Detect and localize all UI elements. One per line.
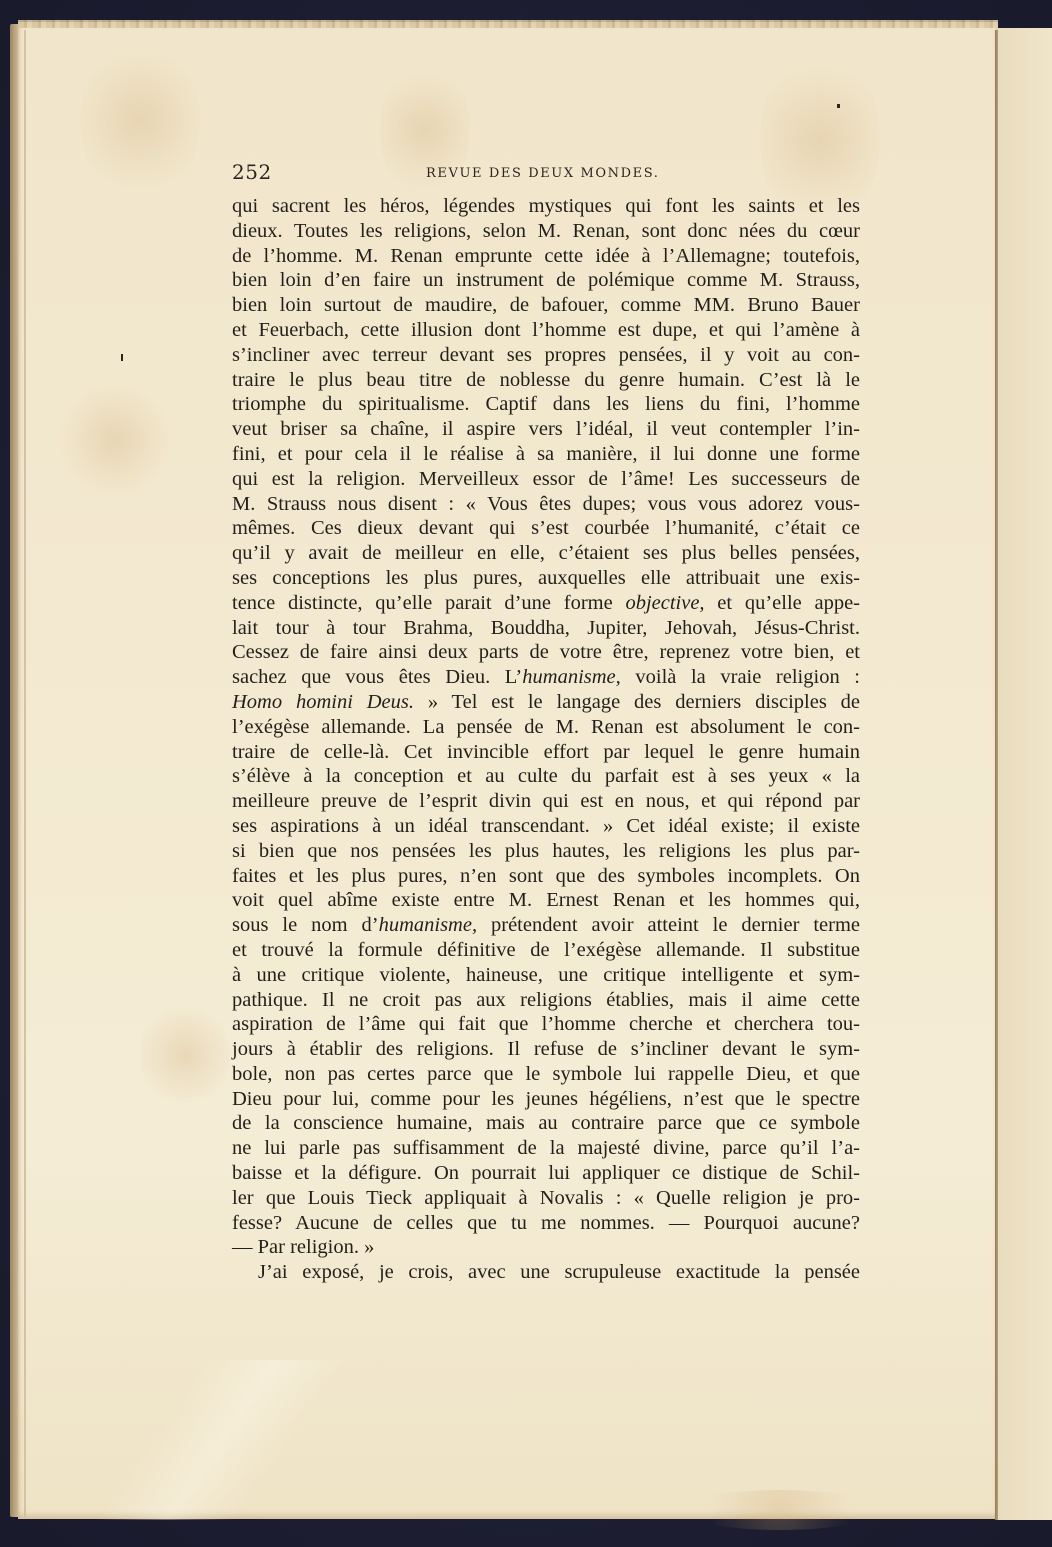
text-line: sous le nom d’humanisme, prétendent avoi… bbox=[232, 913, 860, 938]
text-segment: traire le plus beau titre de noblesse du… bbox=[232, 369, 860, 391]
page-top-edge bbox=[18, 20, 998, 28]
text-segment: et Feuerbach, cette illusion dont l’homm… bbox=[232, 319, 860, 341]
text-line: qu’il y avait de meilleur en elle, c’éta… bbox=[232, 541, 860, 566]
text-line: voit quel abîme existe entre M. Ernest R… bbox=[232, 888, 860, 913]
text-segment: si bien que nos pensées les plus hautes,… bbox=[232, 840, 860, 862]
italic-text: Homo homini Deus. bbox=[232, 691, 414, 713]
text-segment: à une critique violente, haineuse, une c… bbox=[232, 964, 860, 986]
text-segment: M. Strauss nous disent : « Vous êtes dup… bbox=[232, 493, 860, 515]
text-segment: jours à établir des religions. Il refuse… bbox=[232, 1038, 860, 1060]
text-line: mêmes. Ces dieux devant qui s’est courbé… bbox=[232, 516, 860, 541]
paper-stain bbox=[680, 1490, 880, 1530]
text-line: tence distincte, qu’elle parait d’une fo… bbox=[232, 591, 860, 616]
text-line: J’ai exposé, je crois, avec une scrupule… bbox=[232, 1260, 860, 1285]
text-line: ses aspirations à un idéal transcendant.… bbox=[232, 814, 860, 839]
text-segment: triomphe du spiritualisme. Captif dans l… bbox=[232, 393, 860, 415]
text-segment: Cessez de faire ainsi deux parts de votr… bbox=[232, 641, 860, 663]
running-title: REVUE DES DEUX MONDES. bbox=[426, 166, 659, 181]
text-segment: qu’il y avait de meilleur en elle, c’éta… bbox=[232, 542, 860, 564]
text-line: lait tour à tour Brahma, Bouddha, Jupite… bbox=[232, 616, 860, 641]
text-segment: et trouvé la formule définitive de l’exé… bbox=[232, 939, 860, 961]
text-line: fesse? Aucune de celles que tu me nommes… bbox=[232, 1211, 860, 1236]
text-segment: J’ai exposé, je crois, avec une scrupule… bbox=[258, 1261, 860, 1283]
text-segment: traire de celle-là. Cet invincible effor… bbox=[232, 741, 860, 763]
italic-text: humanisme, bbox=[379, 914, 478, 936]
page-header: 252 REVUE DES DEUX MONDES. bbox=[230, 160, 870, 190]
text-line: Dieu pour lui, comme pour les jeunes hég… bbox=[232, 1087, 860, 1112]
text-segment: sachez que vous êtes Dieu. L’ bbox=[232, 666, 522, 688]
text-line: bien loin d’en faire un instrument de po… bbox=[232, 268, 860, 293]
text-line: aspiration de l’âme qui fait que l’homme… bbox=[232, 1012, 860, 1037]
text-segment: ses aspirations à un idéal transcendant.… bbox=[232, 815, 860, 837]
text-segment: dieux. Toutes les religions, selon M. Re… bbox=[232, 220, 860, 242]
text-line: veut briser sa chaîne, il aspire vers l’… bbox=[232, 417, 860, 442]
text-line: meilleure preuve de l’esprit divin qui e… bbox=[232, 789, 860, 814]
text-line: baisse et la défigure. On pourrait lui a… bbox=[232, 1161, 860, 1186]
text-segment: mêmes. Ces dieux devant qui s’est courbé… bbox=[232, 517, 860, 539]
text-segment: ses conceptions les plus pures, auxquell… bbox=[232, 567, 860, 589]
text-segment: et qu’elle appe- bbox=[705, 592, 860, 614]
text-segment: bien loin d’en faire un instrument de po… bbox=[232, 269, 860, 291]
text-line: fini, et pour cela il le réalise à sa ma… bbox=[232, 442, 860, 467]
paper-stain bbox=[80, 40, 200, 200]
text-segment: prétendent avoir atteint le dernier term… bbox=[477, 914, 860, 936]
paper-stain bbox=[140, 1000, 230, 1110]
text-line: dieux. Toutes les religions, selon M. Re… bbox=[232, 219, 860, 244]
text-segment: meilleure preuve de l’esprit divin qui e… bbox=[232, 790, 860, 812]
text-segment: de la conscience humaine, mais au contra… bbox=[232, 1112, 860, 1134]
text-segment: fini, et pour cela il le réalise à sa ma… bbox=[232, 443, 860, 465]
text-line: faites et les plus pures, n’en sont que … bbox=[232, 864, 860, 889]
margin-mark bbox=[837, 104, 840, 108]
text-segment: bien loin surtout de maudire, de bafouer… bbox=[232, 294, 860, 316]
text-segment: qui est la religion. Merveilleux essor d… bbox=[232, 468, 860, 490]
text-segment: Dieu pour lui, comme pour les jeunes hég… bbox=[232, 1088, 860, 1110]
text-line: de l’homme. M. Renan emprunte cette idée… bbox=[232, 244, 860, 269]
text-segment: — Par religion. » bbox=[232, 1236, 374, 1258]
text-segment: pathique. Il ne croit pas aux religions … bbox=[232, 989, 860, 1011]
text-segment: aspiration de l’âme qui fait que l’homme… bbox=[232, 1013, 860, 1035]
text-line: M. Strauss nous disent : « Vous êtes dup… bbox=[232, 492, 860, 517]
page-fold bbox=[18, 1360, 378, 1520]
page-inner-line bbox=[24, 30, 26, 1518]
body-text: qui sacrent les héros, légendes mystique… bbox=[232, 194, 860, 1285]
text-segment: voilà la vraie religion : bbox=[621, 666, 860, 688]
text-line: ler que Louis Tieck appliquait à Novalis… bbox=[232, 1186, 860, 1211]
text-segment: voit quel abîme existe entre M. Ernest R… bbox=[232, 889, 860, 911]
text-segment: l’exégèse allemande. La pensée de M. Ren… bbox=[232, 716, 860, 738]
italic-text: humanisme, bbox=[522, 666, 621, 688]
text-line: de la conscience humaine, mais au contra… bbox=[232, 1111, 860, 1136]
text-line: l’exégèse allemande. La pensée de M. Ren… bbox=[232, 715, 860, 740]
text-line: traire de celle-là. Cet invincible effor… bbox=[232, 740, 860, 765]
paper-stain bbox=[60, 380, 170, 500]
text-line: traire le plus beau titre de noblesse du… bbox=[232, 368, 860, 393]
text-segment: tence distincte, qu’elle parait d’une fo… bbox=[232, 592, 625, 614]
text-segment: sous le nom d’ bbox=[232, 914, 379, 936]
text-segment: bole, non pas certes parce que le symbol… bbox=[232, 1063, 860, 1085]
text-line: et trouvé la formule définitive de l’exé… bbox=[232, 938, 860, 963]
text-line: si bien que nos pensées les plus hautes,… bbox=[232, 839, 860, 864]
text-segment: » Tel est le langage des derniers discip… bbox=[414, 691, 860, 713]
text-segment: ne lui parle pas suffisamment de la maje… bbox=[232, 1137, 860, 1159]
text-line: s’incliner avec terreur devant ses propr… bbox=[232, 343, 860, 368]
text-line: et Feuerbach, cette illusion dont l’homm… bbox=[232, 318, 860, 343]
text-segment: lait tour à tour Brahma, Bouddha, Jupite… bbox=[232, 617, 860, 639]
text-segment: s’élève à la conception et au culte du p… bbox=[232, 765, 860, 787]
text-line: triomphe du spiritualisme. Captif dans l… bbox=[232, 392, 860, 417]
text-line: — Par religion. » bbox=[232, 1235, 860, 1260]
text-line: qui sacrent les héros, légendes mystique… bbox=[232, 194, 860, 219]
text-segment: veut briser sa chaîne, il aspire vers l’… bbox=[232, 418, 860, 440]
text-segment: s’incliner avec terreur devant ses propr… bbox=[232, 344, 860, 366]
text-line: ses conceptions les plus pures, auxquell… bbox=[232, 566, 860, 591]
text-line: ne lui parle pas suffisamment de la maje… bbox=[232, 1136, 860, 1161]
italic-text: objective, bbox=[625, 592, 704, 614]
text-line: à une critique violente, haineuse, une c… bbox=[232, 963, 860, 988]
text-segment: baisse et la défigure. On pourrait lui a… bbox=[232, 1162, 860, 1184]
text-line: Cessez de faire ainsi deux parts de votr… bbox=[232, 640, 860, 665]
next-page-edge bbox=[998, 28, 1052, 1520]
text-line: bien loin surtout de maudire, de bafouer… bbox=[232, 293, 860, 318]
text-line: sachez que vous êtes Dieu. L’humanisme, … bbox=[232, 665, 860, 690]
page-number: 252 bbox=[232, 160, 272, 184]
text-line: jours à établir des religions. Il refuse… bbox=[232, 1037, 860, 1062]
text-line: bole, non pas certes parce que le symbol… bbox=[232, 1062, 860, 1087]
text-segment: fesse? Aucune de celles que tu me nommes… bbox=[232, 1212, 860, 1234]
text-segment: ler que Louis Tieck appliquait à Novalis… bbox=[232, 1187, 860, 1209]
text-segment: de l’homme. M. Renan emprunte cette idée… bbox=[232, 245, 860, 267]
text-line: pathique. Il ne croit pas aux religions … bbox=[232, 988, 860, 1013]
margin-mark bbox=[121, 354, 123, 361]
text-segment: faites et les plus pures, n’en sont que … bbox=[232, 865, 860, 887]
text-segment: qui sacrent les héros, légendes mystique… bbox=[232, 195, 860, 217]
text-line: s’élève à la conception et au culte du p… bbox=[232, 764, 860, 789]
text-line: Homo homini Deus. » Tel est le langage d… bbox=[232, 690, 860, 715]
text-line: qui est la religion. Merveilleux essor d… bbox=[232, 467, 860, 492]
